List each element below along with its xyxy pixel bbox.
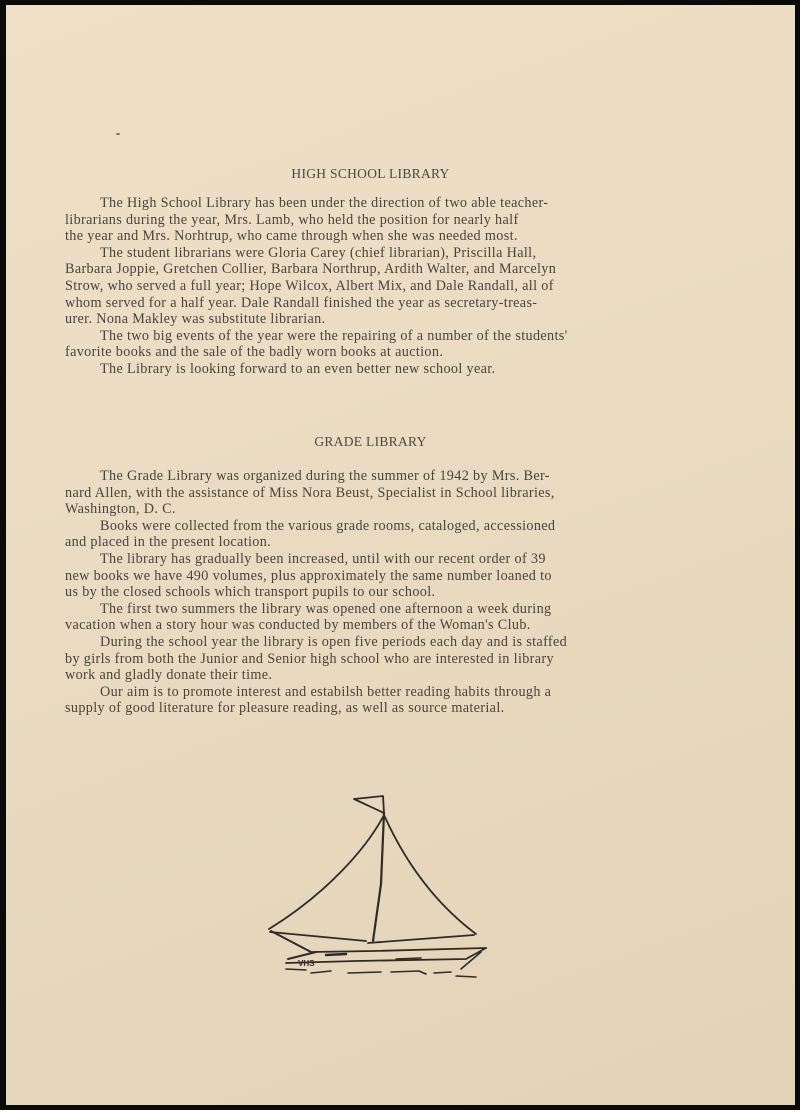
text-line: Strow, who served a full year; Hope Wilc… bbox=[65, 278, 715, 295]
text-line: The Grade Library was organized during t… bbox=[65, 468, 715, 485]
text-line: During the school year the library is op… bbox=[65, 634, 715, 651]
text-line: Washington, D. C. bbox=[65, 501, 715, 518]
text-line: urer. Nona Makley was substitute librari… bbox=[65, 311, 715, 328]
sailboat-drawing-icon: VHS bbox=[256, 789, 506, 989]
text-line: new books we have 490 volumes, plus appr… bbox=[65, 568, 715, 585]
high-school-library-text: The High School Library has been under t… bbox=[65, 195, 715, 378]
grade-library-text: The Grade Library was organized during t… bbox=[65, 468, 715, 717]
text-line: Our aim is to promote interest and estab… bbox=[65, 684, 715, 701]
document-page: HIGH SCHOOL LIBRARY The High School Libr… bbox=[6, 5, 795, 1105]
text-line: librarians during the year, Mrs. Lamb, w… bbox=[65, 212, 715, 229]
text-line: nard Allen, with the assistance of Miss … bbox=[65, 485, 715, 502]
text-line: and placed in the present location. bbox=[65, 534, 715, 551]
heading-grade-library: GRADE LIBRARY bbox=[6, 434, 735, 450]
text-line: vacation when a story hour was conducted… bbox=[65, 617, 715, 634]
text-line: whom served for a half year. Dale Randal… bbox=[65, 295, 715, 312]
text-line: Barbara Joppie, Gretchen Collier, Barbar… bbox=[65, 261, 715, 278]
text-line: supply of good literature for pleasure r… bbox=[65, 700, 715, 717]
heading-high-school-library: HIGH SCHOOL LIBRARY bbox=[6, 166, 735, 182]
text-line: work and gladly donate their time. bbox=[65, 667, 715, 684]
svg-text:VHS: VHS bbox=[298, 959, 315, 968]
text-line: favorite books and the sale of the badly… bbox=[65, 344, 715, 361]
text-line: the year and Mrs. Norhtrup, who came thr… bbox=[65, 228, 715, 245]
text-line: The Library is looking forward to an eve… bbox=[65, 361, 715, 378]
paper-speck bbox=[116, 133, 120, 135]
text-line: by girls from both the Junior and Senior… bbox=[65, 651, 715, 668]
text-line: us by the closed schools which transport… bbox=[65, 584, 715, 601]
text-line: The first two summers the library was op… bbox=[65, 601, 715, 618]
text-line: Books were collected from the various gr… bbox=[65, 518, 715, 535]
text-line: The two big events of the year were the … bbox=[65, 328, 715, 345]
text-line: The student librarians were Gloria Carey… bbox=[65, 245, 715, 262]
text-line: The library has gradually been increased… bbox=[65, 551, 715, 568]
text-line: The High School Library has been under t… bbox=[65, 195, 715, 212]
